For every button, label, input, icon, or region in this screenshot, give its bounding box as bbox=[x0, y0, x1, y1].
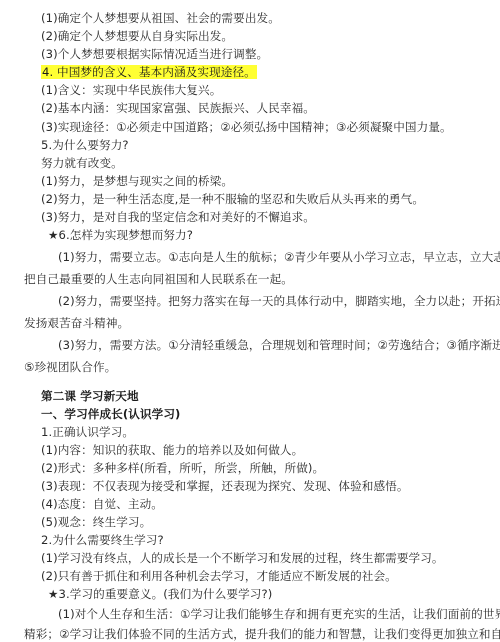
learn-item-3: (3)表现：不仅表现为接受和掌握，还表现为探究、发现、体验和感悟。 bbox=[41, 478, 409, 494]
dream-item-3: (3)个人梦想要根据实际情况适当进行调整。 bbox=[41, 46, 268, 62]
dream-item-1: (1)确定个人梦想要从祖国、社会的需要出发。 bbox=[41, 10, 280, 26]
learn-heading-1: 1.正确认识学习。 bbox=[41, 424, 134, 440]
how-item-3-line-2: ⑤珍视团队合作。 bbox=[24, 359, 116, 375]
dream-item-2: (2)确定个人梦想要从自身实际出发。 bbox=[41, 28, 233, 44]
how-item-1-line-1: (1)努力，需要立志。①志向是人生的航标；②青少年要从小学习立志，早立志，立大志… bbox=[58, 249, 500, 265]
learn-item-5: (5)观念：终生学习。 bbox=[41, 514, 151, 530]
how-item-1-line-2: 把自己最重要的人生志向同祖国和人民联系在一起。 bbox=[24, 271, 293, 287]
how-item-3-line-1: (3)努力，需要方法。①分清轻重缓急，合理规划和管理时间；②劳逸结合；③循序渐进… bbox=[58, 337, 500, 353]
learn-heading-2: 2.为什么需要终生学习? bbox=[41, 532, 164, 548]
lesson-title: 第二课 学习新天地 bbox=[41, 388, 139, 404]
learn-heading-3: ★3.学习的重要意义。(我们为什么要学习?) bbox=[48, 586, 272, 602]
china-dream-item-3: (3)实现途径：①必须走中国道路；②必须弘扬中国精神；③必须凝聚中国力量。 bbox=[41, 119, 452, 135]
learn-item-2: (2)形式：多种多样(所看，所听，所尝，所触，所做)。 bbox=[41, 460, 324, 476]
how-item-2-line-1: (2)努力，需要坚持。把努力落实在每一天的具体行动中，脚踏实地，全力以赴；开拓进… bbox=[58, 293, 500, 309]
china-dream-item-1: (1)含义：实现中华民族伟大复兴。 bbox=[41, 82, 221, 98]
highlighted-heading: 4. 中国梦的含义、基本内涵及实现途径。 bbox=[41, 65, 257, 79]
effort-item-2: (2)努力，是一种生活态度,是一种不服输的坚忍和失败后从头再来的勇气。 bbox=[41, 191, 424, 207]
effort-item-1: (1)努力，是梦想与现实之间的桥梁。 bbox=[41, 173, 233, 189]
meaning-item-1-line-2: 精彩；②学习让我们体验不同的生活方式，提升我们的能力和智慧，让我们变得更加独立和… bbox=[24, 626, 500, 642]
how-item-2-line-2: 发扬艰苦奋斗精神。 bbox=[24, 315, 129, 331]
meaning-item-1-line-1: (1)对个人生存和生活：①学习让我们能够生存和拥有更充实的生活，让我们面前的世界… bbox=[58, 606, 500, 622]
heading-4: 4. 中国梦的含义、基本内涵及实现途径。 bbox=[41, 64, 257, 80]
lifelong-item-2: (2)只有善于抓住和利用各种机会去学习，才能适应不断发展的社会。 bbox=[41, 568, 397, 584]
lifelong-item-1: (1)学习没有终点，人的成长是一个不断学习和发展的过程，终生都需要学习。 bbox=[41, 550, 444, 566]
learn-item-4: (4)态度：自觉、主动。 bbox=[41, 496, 163, 512]
learn-item-1: (1)内容：知识的获取、能力的培养以及如何做人。 bbox=[41, 442, 303, 458]
heading-5: 5.为什么要努力? bbox=[41, 137, 129, 153]
effort-item-3: (3)努力，是对自我的坚定信念和对美好的不懈追求。 bbox=[41, 209, 315, 225]
heading-6: ★6.怎样为实现梦想而努力? bbox=[48, 227, 193, 243]
section-title: 一、学习伴成长(认识学习) bbox=[41, 406, 180, 422]
china-dream-item-2: (2)基本内涵：实现国家富强、民族振兴、人民幸福。 bbox=[41, 100, 315, 116]
effort-intro: 努力就有改变。 bbox=[41, 155, 123, 171]
